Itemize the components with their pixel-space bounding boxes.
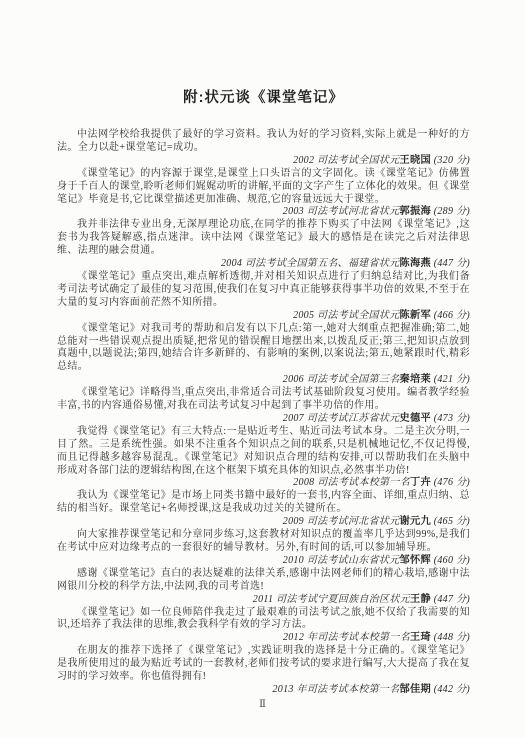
testimonial-entry: 《课堂笔记》对我司考的帮助和启发有以下几点:第一,她对大纲重点把握准确;第二,她…	[57, 323, 470, 388]
testimonial-entry: 感谢《课堂笔记》直白的表达疑难的法律关系,感谢中法网老师们的精心栽培,感谢中法网…	[57, 568, 470, 607]
testimonial-entry: 我认为《课堂笔记》是市场上同类书籍中最好的一套书,内容全面、详细,重点归纳、总结…	[57, 490, 470, 529]
attribution-exam-label: 2007 司法考试江苏省状元	[283, 413, 400, 424]
attribution-exam-label: 2005 司法考试全国状元	[293, 310, 399, 321]
testimonial-attribution: 2008 司法考试本校第一名丁卉 (476 分)	[57, 477, 470, 490]
document-page: 附:状元谈《课堂笔记》 中法网学校给我提供了最好的学习资料。我认为好的学习资料,…	[0, 0, 525, 738]
attribution-score: (320 分)	[431, 155, 470, 166]
testimonial-quote: 《课堂笔记》的内容源于课堂,是课堂上口头语言的文字固化。读《课堂笔记》仿佛置身于…	[57, 168, 470, 207]
attribution-exam-label: 2013 年司法考试本校第一名	[272, 684, 399, 695]
attribution-exam-label: 2004 司法考试全国第五名、福建省状元	[221, 258, 400, 269]
attribution-score: (476 分)	[431, 477, 470, 488]
testimonial-attribution: 2012 年司法考试本校第一名王琦 (448 分)	[57, 632, 470, 645]
testimonial-entry: 向大家推荐课堂笔记和分章同步练习,这套教材对知识点的覆盖率几乎达到99%,是我们…	[57, 529, 470, 568]
attribution-score: (442 分)	[431, 684, 470, 695]
testimonial-quote: 向大家推荐课堂笔记和分章同步练习,这套教材对知识点的覆盖率几乎达到99%,是我们…	[57, 529, 470, 555]
testimonial-attribution: 2009 司法考试河北省状元谢元九 (465 分)	[57, 516, 470, 529]
attribution-score: (448 分)	[431, 632, 470, 643]
testimonial-quote: 我觉得《课堂笔记》有三大特点:一是贴近考生、贴近司法考试本身。二是主次分明,一目…	[57, 426, 470, 478]
testimonial-attribution: 2006 司法考试全国第三名秦培莱 (421 分)	[57, 374, 470, 387]
testimonial-quote: 《课堂笔记》详略得当,重点突出,非常适合司法考试基础阶段复习使用。编者教学经验丰…	[57, 387, 470, 413]
testimonial-entry: 我并非法律专业出身,无深厚理论功底,在同学的推荐下购买了中法网《课堂笔记》,这套…	[57, 219, 470, 271]
attribution-name: 邹怀辉	[399, 555, 430, 566]
testimonial-entry: 《课堂笔记》的内容源于课堂,是课堂上口头语言的文字固化。读《课堂笔记》仿佛置身于…	[57, 168, 470, 220]
attribution-name: 郜佳期	[399, 684, 430, 695]
testimonial-entry: 我觉得《课堂笔记》有三大特点:一是贴近考生、贴近司法考试本身。二是主次分明,一目…	[57, 426, 470, 491]
testimonial-quote: 我并非法律专业出身,无深厚理论功底,在同学的推荐下购买了中法网《课堂笔记》,这套…	[57, 219, 470, 258]
page-title: 附:状元谈《课堂笔记》	[57, 86, 470, 107]
attribution-score: (447 分)	[431, 594, 470, 605]
attribution-exam-label: 2003 司法考试河北省状元	[283, 206, 400, 217]
testimonial-attribution: 2005 司法考试全国状元陈新军 (466 分)	[57, 310, 470, 323]
testimonial-attribution: 2013 年司法考试本校第一名郜佳期 (442 分)	[57, 684, 470, 697]
attribution-name: 秦培莱	[399, 374, 430, 385]
attribution-name: 王静	[410, 594, 431, 605]
testimonial-quote: 《课堂笔记》重点突出,难点解析透彻,并对相关知识点进行了归纳总结对比,为我们备考…	[57, 271, 470, 310]
attribution-score: (289 分)	[431, 206, 470, 217]
attribution-score: (466 分)	[431, 310, 470, 321]
testimonial-attribution: 2003 司法考试河北省状元郭振海 (289 分)	[57, 206, 470, 219]
testimonial-attribution: 2010 司法考试山东省状元邹怀辉 (460 分)	[57, 555, 470, 568]
testimonial-quote: 感谢《课堂笔记》直白的表达疑难的法律关系,感谢中法网老师们的精心栽培,感谢中法网…	[57, 568, 470, 594]
testimonial-list: 中法网学校给我提供了最好的学习资料。我认为好的学习资料,实际上就是一种好的方法。…	[57, 129, 470, 697]
attribution-score: (473 分)	[431, 413, 470, 424]
testimonial-entry: 《课堂笔记》重点突出,难点解析透彻,并对相关知识点进行了归纳总结对比,为我们备考…	[57, 271, 470, 323]
testimonial-quote: 中法网学校给我提供了最好的学习资料。我认为好的学习资料,实际上就是一种好的方法。…	[57, 129, 470, 155]
attribution-score: (465 分)	[431, 516, 470, 527]
attribution-score: (460 分)	[431, 555, 470, 566]
attribution-exam-label: 2008 司法考试本校第一名	[293, 477, 410, 488]
attribution-name: 谢元九	[399, 516, 430, 527]
testimonial-entry: 在朋友的推荐下选择了《课堂笔记》,实践证明我的选择是十分正确的。《课堂笔记》是我…	[57, 645, 470, 697]
attribution-name: 王晓国	[399, 155, 430, 166]
attribution-exam-label: 2006 司法考试全国第三名	[283, 374, 400, 385]
attribution-name: 陈新军	[399, 310, 430, 321]
attribution-name: 陈海燕	[399, 258, 430, 269]
testimonial-quote: 在朋友的推荐下选择了《课堂笔记》,实践证明我的选择是十分正确的。《课堂笔记》是我…	[57, 645, 470, 684]
attribution-score: (421 分)	[431, 374, 470, 385]
attribution-score: (447 分)	[431, 258, 470, 269]
attribution-name: 郭振海	[399, 206, 430, 217]
attribution-name: 王琦	[410, 632, 431, 643]
testimonial-attribution: 2011 司法考试宁夏回族自治区状元王静 (447 分)	[57, 594, 470, 607]
attribution-exam-label: 2009 司法考试河北省状元	[283, 516, 400, 527]
testimonial-attribution: 2002 司法考试全国状元王晓国 (320 分)	[57, 155, 470, 168]
attribution-exam-label: 2011 司法考试宁夏回族自治区状元	[253, 594, 410, 605]
attribution-exam-label: 2010 司法考试山东省状元	[283, 555, 400, 566]
testimonial-entry: 《课堂笔记》详略得当,重点突出,非常适合司法考试基础阶段复习使用。编者教学经验丰…	[57, 387, 470, 426]
testimonial-attribution: 2007 司法考试江苏省状元史德平 (473 分)	[57, 413, 470, 426]
testimonial-quote: 《课堂笔记》如一位良师陪伴我走过了最艰难的司法考试之旅,她不仅给了我需要的知识,…	[57, 607, 470, 633]
testimonial-attribution: 2004 司法考试全国第五名、福建省状元陈海燕 (447 分)	[57, 258, 470, 271]
testimonial-quote: 《课堂笔记》对我司考的帮助和启发有以下几点:第一,她对大纲重点把握准确;第二,她…	[57, 323, 470, 375]
testimonial-quote: 我认为《课堂笔记》是市场上同类书籍中最好的一套书,内容全面、详细,重点归纳、总结…	[57, 490, 470, 516]
attribution-exam-label: 2002 司法考试全国状元	[293, 155, 399, 166]
testimonial-entry: 《课堂笔记》如一位良师陪伴我走过了最艰难的司法考试之旅,她不仅给了我需要的知识,…	[57, 607, 470, 646]
attribution-name: 丁卉	[410, 477, 431, 488]
attribution-name: 史德平	[399, 413, 430, 424]
attribution-exam-label: 2012 年司法考试本校第一名	[283, 632, 410, 643]
testimonial-entry: 中法网学校给我提供了最好的学习资料。我认为好的学习资料,实际上就是一种好的方法。…	[57, 129, 470, 168]
page-number: Ⅱ	[0, 699, 525, 710]
